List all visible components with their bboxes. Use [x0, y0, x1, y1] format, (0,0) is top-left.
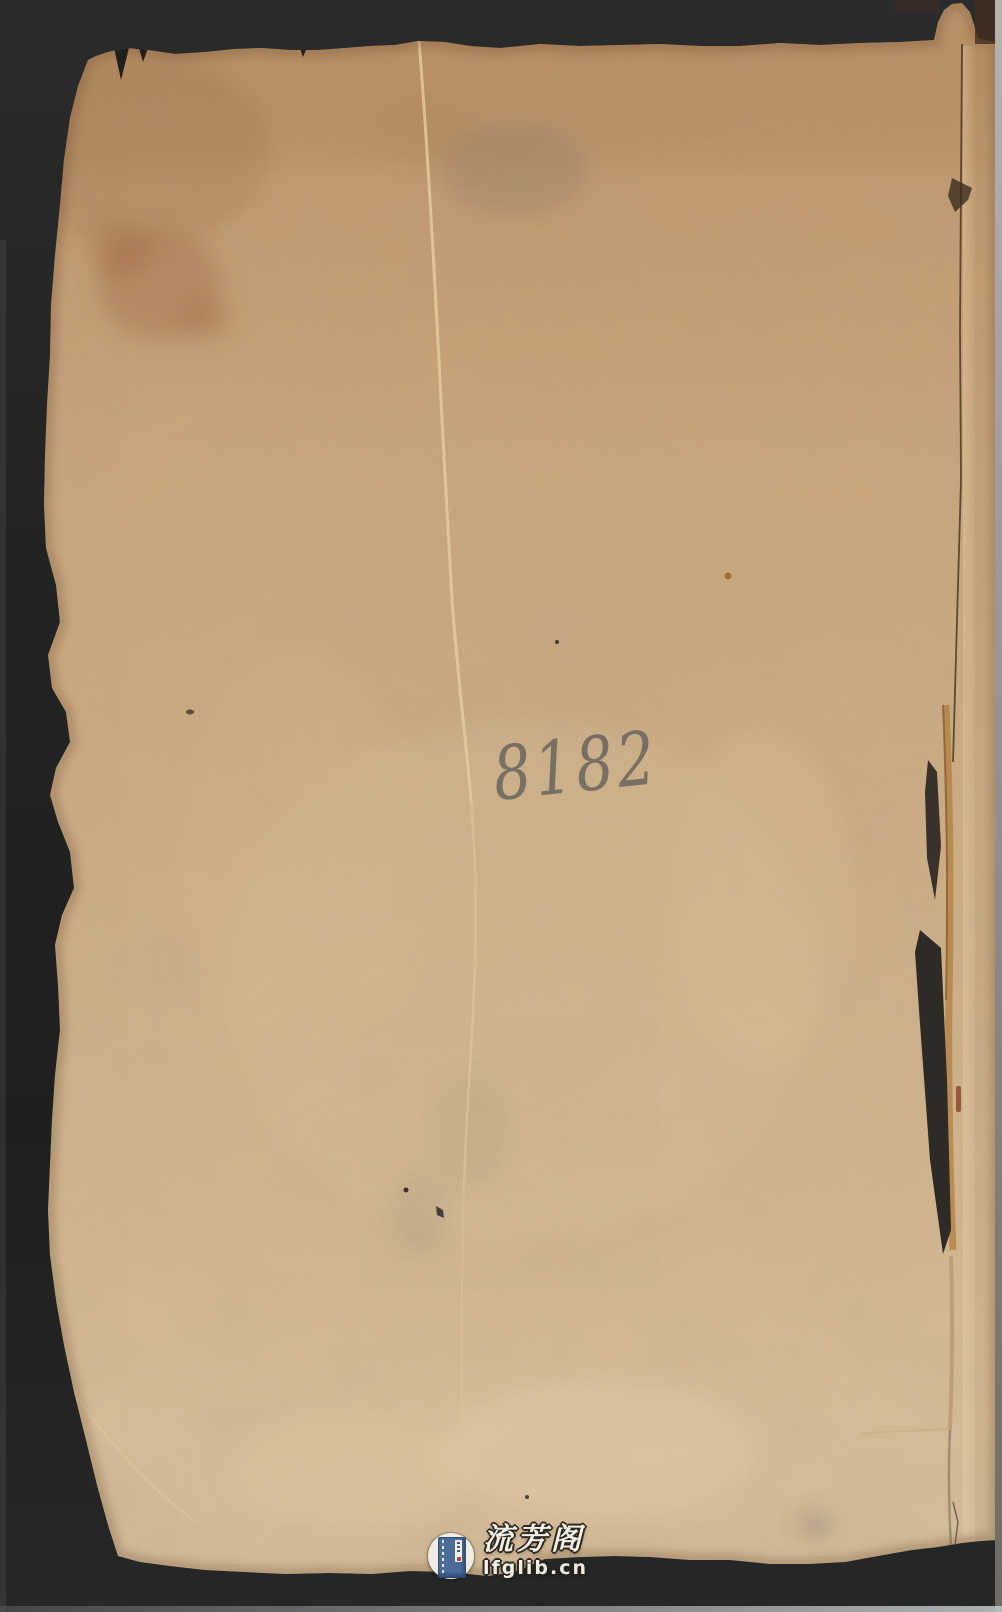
book-scan-image: 8182 [0, 0, 1002, 1612]
watermark: 流芳阁 lfglib.cn [405, 1505, 695, 1600]
scanner-right-edge [995, 0, 1002, 1612]
watermark-text-block: 流芳阁 lfglib.cn [483, 1523, 588, 1579]
book-stitches [442, 1540, 444, 1574]
stitched-book-icon [438, 1537, 466, 1578]
page-surface-details: 8182 [10, 0, 1002, 1590]
watermark-site-url: lfglib.cn [483, 1558, 588, 1579]
red-seal-icon [457, 1557, 461, 1561]
watermark-logo-circle [428, 1533, 474, 1579]
scan-viewport: 8182 流芳阁 lfglib.cn [0, 0, 1002, 1612]
scanner-left-edge [0, 240, 6, 1612]
scanner-bottom-edge [0, 1606, 1002, 1612]
watermark-site-name: 流芳阁 [483, 1523, 588, 1557]
handwritten-number: 8182 [489, 715, 663, 818]
book-title-slip [455, 1540, 462, 1562]
title-slip-text [457, 1542, 460, 1554]
top-edge-smudge [895, 0, 940, 13]
